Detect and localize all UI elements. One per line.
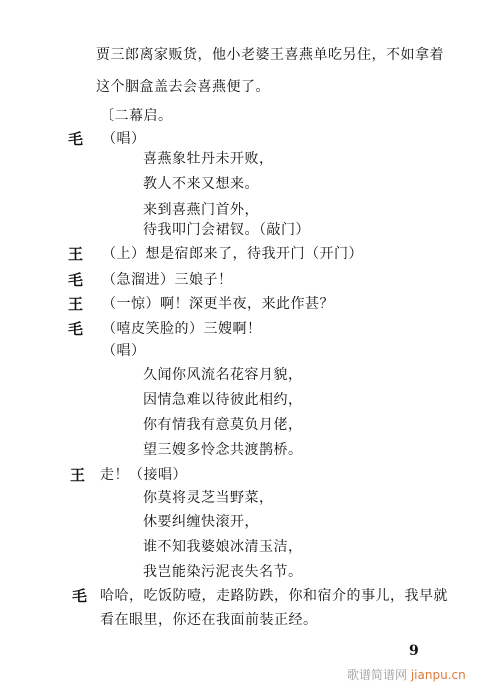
text-line: 贾三郎离家贩货，他小老婆王喜燕单吃另住，不如拿着	[96, 46, 444, 64]
speaker-label: 毛	[68, 271, 83, 289]
text-line: （唱）	[102, 130, 146, 148]
text-line: （一惊）啊！深更半夜，来此作甚？	[102, 295, 334, 313]
watermark-cn: 歌谱简谱网	[347, 668, 407, 682]
text-line: 看在眼里，你还在我面前装正经。	[100, 611, 318, 629]
speaker-label: 毛	[68, 130, 83, 148]
page-number: 9	[409, 643, 419, 659]
text-line: （上）想是宿郎来了，待我开门（开门）	[102, 245, 363, 263]
text-line: 你有情我有意莫负月佬，	[143, 416, 303, 434]
text-line: 教人不来又想来。	[143, 175, 259, 193]
speaker-label: 王	[68, 295, 83, 313]
text-line: （嘻皮笑脸的）三嫂啊！	[102, 320, 262, 338]
speaker-label: 王	[68, 245, 83, 263]
text-line: 因情急难以待彼此相约，	[143, 391, 303, 409]
text-line: 走！（接唱）	[100, 466, 187, 484]
text-line: （急溜进）三娘子！	[102, 271, 233, 289]
watermark: 歌谱简谱网 jianpu.cn	[347, 666, 466, 683]
speaker-label: 王	[70, 466, 85, 484]
text-line: 久闻你风流名花容月貌，	[143, 366, 303, 384]
text-line: 你莫将灵芝当野菜，	[143, 489, 274, 507]
text-line: 喜燕象牡丹未开败，	[143, 150, 274, 168]
text-line: 望三嫂多怜念共渡鹊桥。	[143, 441, 303, 459]
text-line: 〔二幕启。	[100, 107, 173, 125]
text-line: （唱）	[102, 342, 146, 360]
text-line: 哈哈，吃饭防噎，走路防跌，你和宿介的事儿，我早就	[100, 587, 448, 605]
watermark-en: jianpu.cn	[411, 668, 466, 682]
text-line: 休要纠缠快滚开，	[143, 513, 259, 531]
text-line: 我岂能染污泥丧失名节。	[143, 563, 303, 581]
text-line: 来到喜燕门首外，	[143, 201, 259, 219]
text-line: 这个胭盒盖去会喜燕便了。	[96, 78, 270, 96]
speaker-label: 毛	[72, 587, 87, 605]
text-line: 待我叩门会裙钗。（敲门）	[143, 221, 310, 239]
speaker-label: 毛	[68, 320, 83, 338]
text-line: 谁不知我婆娘冰清玉洁，	[143, 538, 303, 556]
